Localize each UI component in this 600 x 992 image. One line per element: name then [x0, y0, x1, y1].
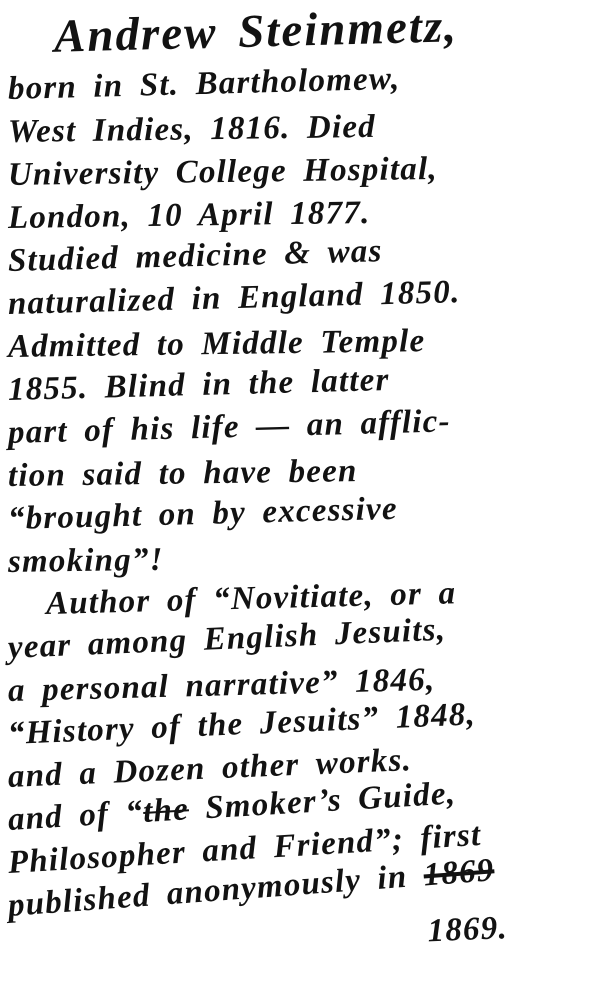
line-segment-pre: and of “ — [7, 794, 144, 838]
manuscript-page: Andrew Steinmetz, born in St. Bartholome… — [0, 0, 600, 992]
struck-year: 1869 — [422, 852, 495, 893]
struck-word-the: the — [142, 791, 190, 830]
